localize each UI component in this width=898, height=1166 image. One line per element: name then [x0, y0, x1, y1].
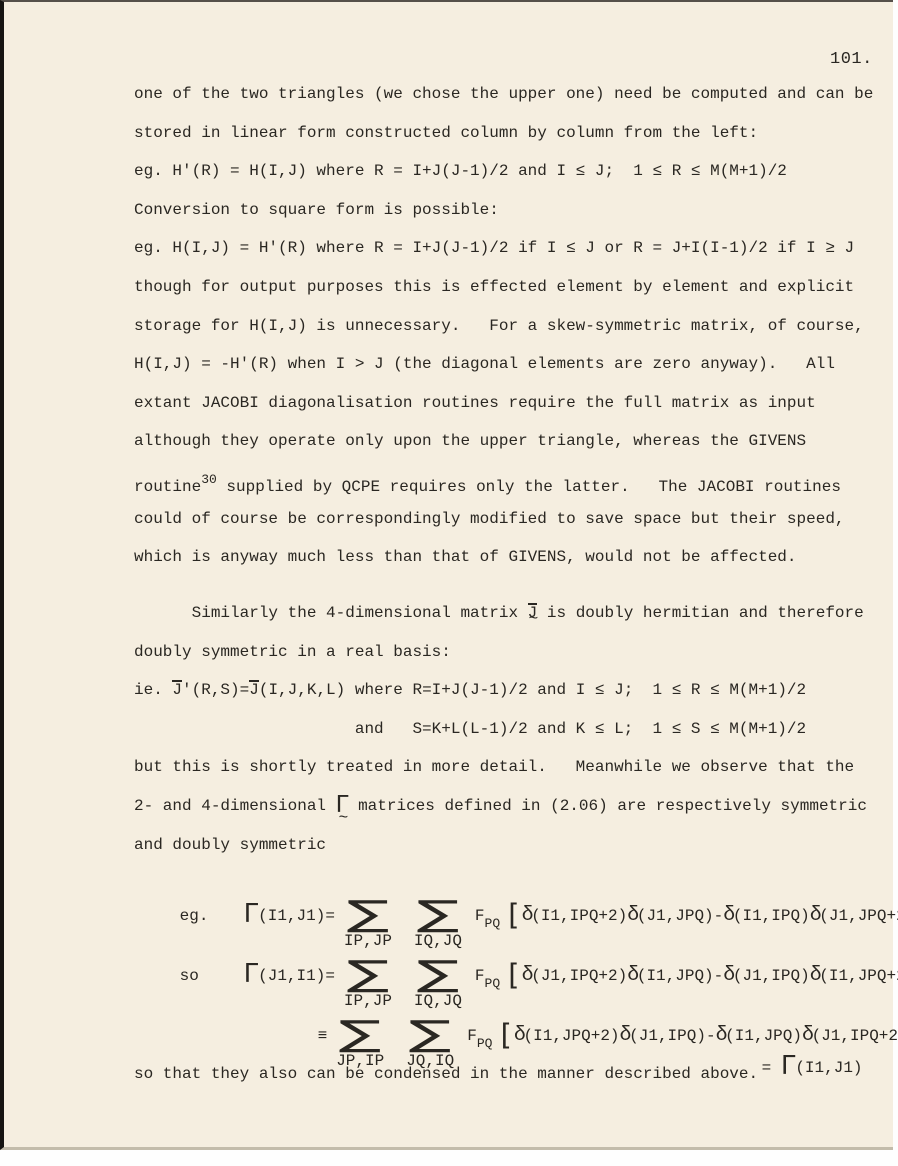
text-segment: matrices defined in (2.06) are respectiv… [348, 797, 866, 815]
j-bar-symbol: J [172, 680, 182, 698]
equation-line: eg. H(I,J) = H'(R) where R = I+J(J-1)/2 … [134, 229, 873, 268]
text-line: stored in linear form constructed column… [134, 114, 873, 153]
page-number: 101. [830, 50, 873, 69]
sum-icon: ∑ [385, 956, 490, 992]
text-segment: 2- and 4-dimensional [134, 797, 336, 815]
text-segment: Similarly the 4-dimensional matrix [134, 604, 528, 622]
sum-icon: ∑ [385, 896, 490, 932]
text-line-with-footnote-ref: routine30 supplied by QCPE requires only… [134, 461, 873, 500]
equation-line: ie. J'(R,S)=J(I,J,K,L) where R=I+J(J-1)/… [134, 671, 867, 710]
scanned-document-page: 101. one of the two triangles (we chose … [0, 0, 898, 1166]
text-line: although they operate only upon the uppe… [134, 422, 873, 461]
paragraph-1: one of the two triangles (we chose the u… [134, 75, 873, 577]
text-line: one of the two triangles (we chose the u… [134, 75, 873, 114]
equation-line: and S=K+L(L-1)/2 and K ≤ L; 1 ≤ S ≤ M(M+… [134, 710, 867, 749]
sum-icon: ∑ [378, 1016, 483, 1052]
text-line: doubly symmetric in a real basis: [134, 633, 867, 672]
text-line: extant JACOBI diagonalisation routines r… [134, 384, 873, 423]
text-line: and doubly symmetric [134, 826, 867, 865]
j-bar-tilde-symbol: J~ [528, 594, 538, 633]
text-segment: routine [134, 478, 201, 496]
text-segment: is doubly hermitian and therefore [537, 604, 863, 622]
text-segment: ie. [134, 681, 172, 699]
closing-line: so that they also can be condensed in th… [134, 1064, 758, 1084]
paragraph-2: Similarly the 4-dimensional matrix J~ is… [134, 594, 867, 864]
open-bracket: [ [504, 958, 521, 992]
paper-sheet: 101. one of the two triangles (we chose … [0, 0, 893, 1150]
text-segment: supplied by QCPE requires only the latte… [217, 478, 841, 496]
gamma-symbol: Γ [244, 959, 259, 989]
text-segment: '(R,S)= [182, 681, 249, 699]
equation-label: eg. [180, 908, 244, 924]
text-line: could of course be correspondingly modif… [134, 500, 873, 539]
text-line: but this is shortly treated in more deta… [134, 748, 867, 787]
gamma-symbol: Γ [244, 899, 259, 929]
gamma-tilde-symbol: Γ~ [336, 787, 349, 826]
equation-line: eg. H'(R) = H(I,J) where R = I+J(J-1)/2 … [134, 152, 873, 191]
text-line: though for output purposes this is effec… [134, 268, 873, 307]
text-line-with-gamma-symbol: 2- and 4-dimensional Γ~ matrices defined… [134, 787, 867, 826]
j-bar-symbol: J [249, 680, 259, 698]
delta-expression: δ(J1,IPQ+2)δ(I1,JPQ)-δ(J1,IPQ)δ(I1,JPQ+2… [522, 967, 898, 985]
equation-label: so [180, 968, 244, 984]
footnote-reference-30: 30 [201, 472, 217, 487]
text-line: which is anyway much less than that of G… [134, 538, 873, 577]
open-bracket: [ [504, 898, 521, 932]
summation-jq-iq: ∑JQ,IQ [399, 1014, 461, 1071]
open-bracket: [ [496, 1018, 513, 1052]
equals-segment: = [762, 1059, 781, 1077]
delta-expression: δ(I1,IPQ+2)δ(J1,JPQ)-δ(I1,IPQ)δ(J1,JPQ+2… [522, 907, 898, 925]
tilde-under: ~ [529, 611, 539, 627]
result-args: (I1,J1) [795, 1059, 862, 1077]
gamma-symbol: Γ [781, 1051, 796, 1081]
text-segment: (I,J,K,L) where R=I+J(J-1)/2 and I ≤ J; … [259, 681, 806, 699]
text-line: H(I,J) = -H'(R) when I > J (the diagonal… [134, 345, 873, 384]
text-line: Conversion to square form is possible: [134, 191, 873, 230]
text-line-with-matrix-symbol: Similarly the 4-dimensional matrix J~ is… [134, 594, 867, 633]
tilde-under: ~ [339, 810, 349, 826]
text-line: storage for H(I,J) is unnecessary. For a… [134, 307, 873, 346]
